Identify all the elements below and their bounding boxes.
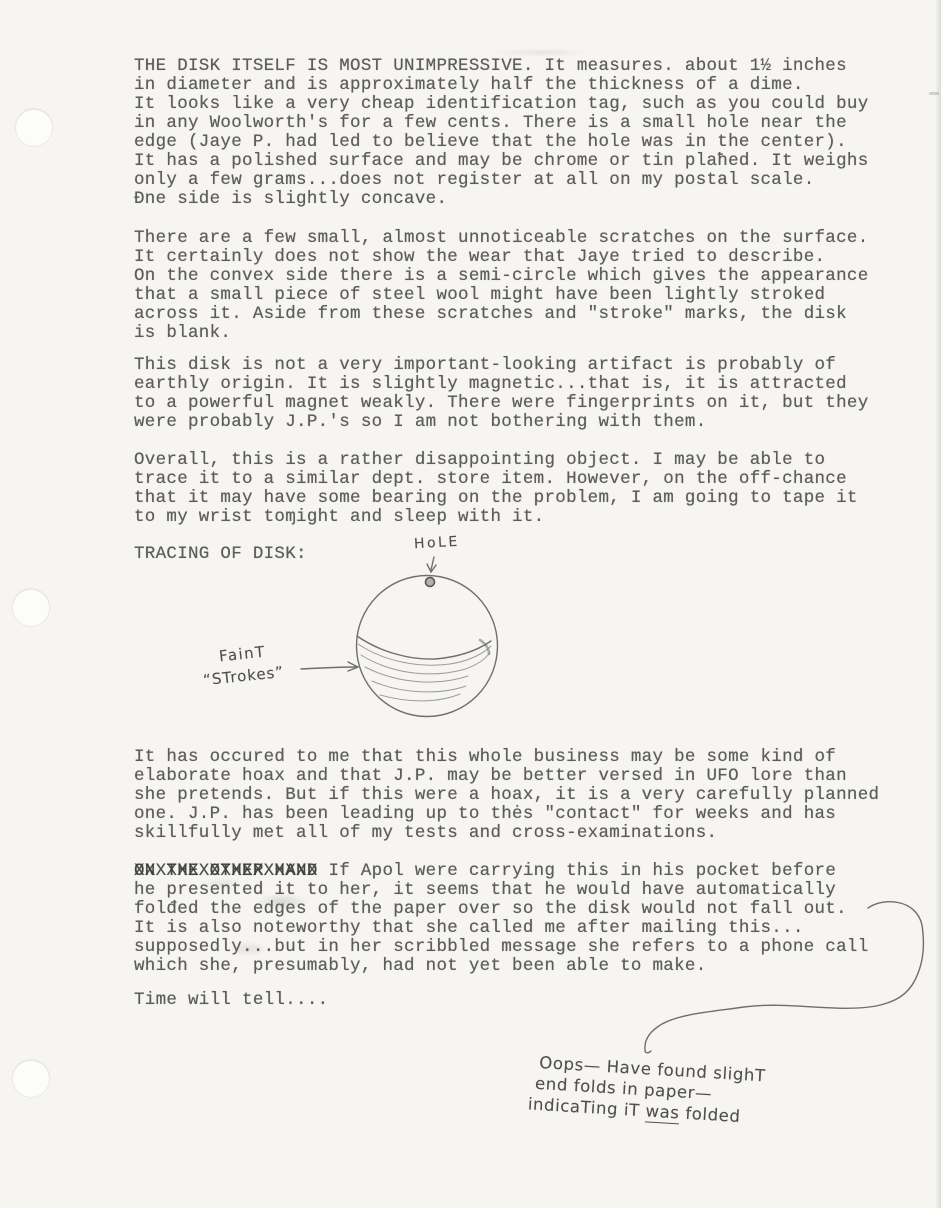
faint-stroke-3	[365, 667, 468, 682]
strokes-arrow-head	[348, 662, 358, 671]
paragraph-scratches: There are a few small, almost unnoticeab…	[134, 229, 869, 343]
stroke-band-top	[357, 636, 491, 659]
strokes-label: “STrokes”	[202, 663, 285, 689]
hole-arrow-head	[427, 564, 436, 572]
note-underlined-word: was	[645, 1101, 680, 1124]
scan-edge-shadow	[935, 0, 941, 1208]
scanned-document-page: THE DISK ITSELF IS MOST UNIMPRESSIVE. It…	[0, 0, 941, 1208]
faint-stroke-1	[358, 644, 491, 665]
hole-label: HoLE	[414, 534, 461, 552]
closing-line: Time will tell....	[134, 991, 328, 1010]
paragraph-disk-description: THE DISK ITSELF IS MOST UNIMPRESSIVE. It…	[134, 57, 869, 209]
tracing-of-disk-label: TRACING OF DISK:	[134, 545, 307, 564]
hole-punch-top	[15, 109, 53, 147]
stroke-band-dark-patch	[480, 640, 489, 654]
faint-stroke-2	[361, 652, 490, 674]
disk-hole	[426, 578, 435, 587]
hole-arrow	[431, 557, 434, 570]
faint-stroke-5	[380, 694, 460, 701]
crossed-out-x-overlay: XXXXXXXXXXXXXXXXX	[134, 862, 318, 881]
faint-stroke-4	[372, 681, 466, 692]
handwritten-note: Oops— Have found slighT end folds in pap…	[536, 1052, 766, 1128]
paragraph-magnetic: This disk is not a very important-lookin…	[134, 356, 869, 432]
paragraph-disappointing: Overall, this is a rather disappointing …	[134, 451, 858, 527]
paragraph-apol-line1: ON THE OTHER HANDXXXXXXXXXXXXXXXXX If Ap…	[134, 862, 836, 881]
strokes-arrow	[301, 667, 356, 669]
paragraph-hoax: It has occured to me that this whole bus…	[134, 748, 879, 843]
hole-punch-bottom	[12, 1060, 50, 1098]
paragraph-apol-line1-text: If Apol were carrying this in his pocket…	[318, 861, 836, 881]
crossed-out-text: ON THE OTHER HANDXXXXXXXXXXXXXXXXX	[134, 862, 318, 881]
edge-mark	[929, 92, 939, 95]
note-line-3-post: folded	[679, 1103, 741, 1126]
faint-label: FainT	[218, 643, 266, 666]
disk-outline	[357, 576, 498, 717]
paragraph-apol-rest: he presented it to her, it seems that he…	[134, 881, 869, 976]
hole-punch-middle	[12, 589, 50, 627]
